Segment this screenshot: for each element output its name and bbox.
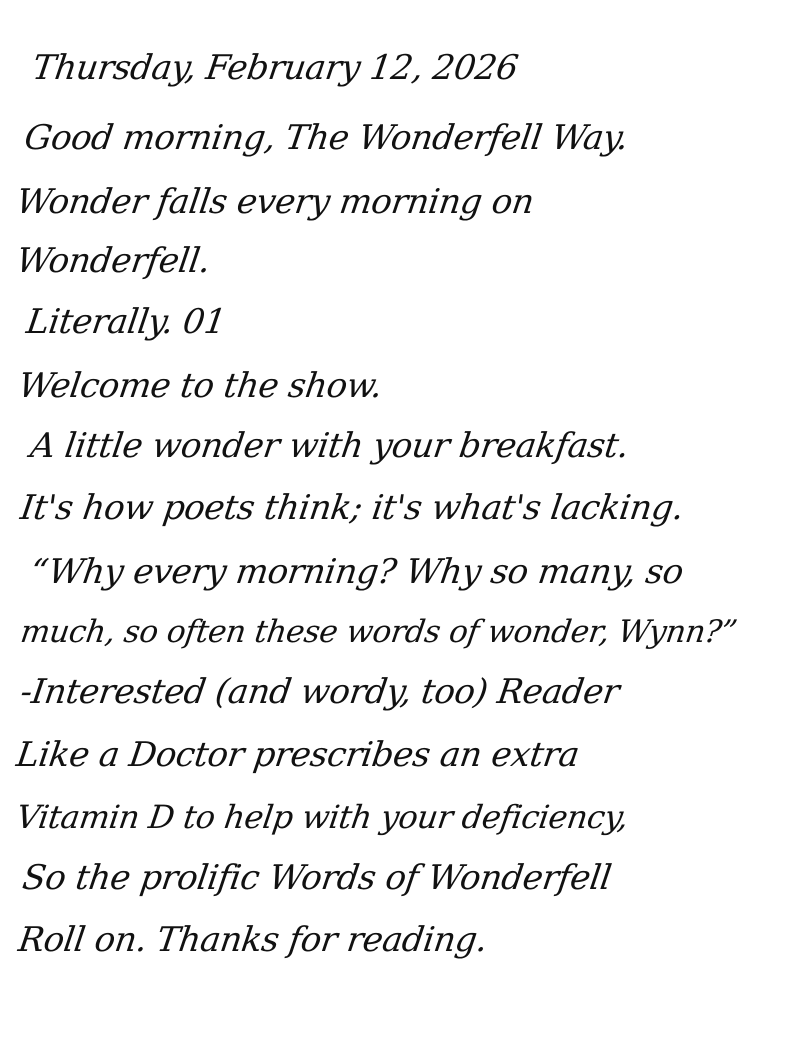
date-heading: Thursday, February 12, 2026 xyxy=(30,48,520,88)
handwritten-page: Thursday, February 12, 2026 Good morning… xyxy=(0,0,799,1044)
text-line: A little wonder with your breakfast. xyxy=(28,426,631,466)
text-line: Vitamin D to help with your deficiency, xyxy=(14,797,631,837)
text-line: Like a Doctor prescribes an extra xyxy=(14,735,582,775)
text-line: Welcome to the show. xyxy=(16,366,385,406)
text-line: So the prolific Words of Wonderfell xyxy=(20,858,614,898)
greeting-line: Good morning, The Wonderfell Way. xyxy=(22,118,630,158)
reader-quote-line: much, so often these words of wonder, Wy… xyxy=(18,612,739,652)
text-line: Literally. 01 xyxy=(24,302,228,342)
reader-quote-line: “Why every morning? Why so many, so xyxy=(28,552,686,592)
text-line: Wonder falls every morning on xyxy=(14,182,536,222)
quote-attribution: -Interested (and wordy, too) Reader xyxy=(18,672,622,712)
closing-line: Roll on. Thanks for reading. xyxy=(16,920,490,960)
text-line: It's how poets think; it's what's lackin… xyxy=(18,488,686,528)
text-line: Wonderfell. xyxy=(14,241,213,281)
